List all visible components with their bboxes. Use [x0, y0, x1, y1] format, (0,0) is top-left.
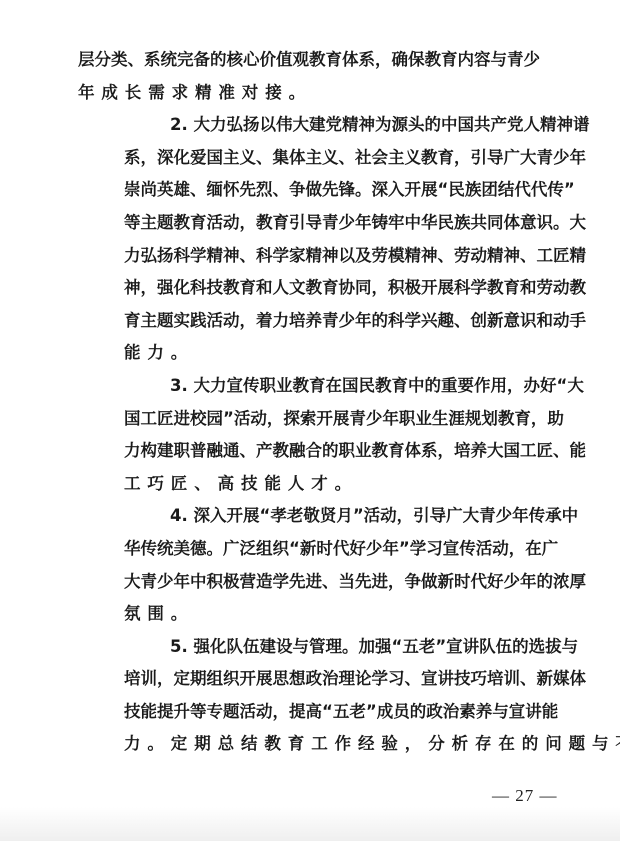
paragraph-continuation: 层分类、系统完备的核心价值观教育体系，确保教育内容与青少 年成长需求精准对接。	[78, 44, 574, 109]
text-line: 年成长需求精准对接。	[78, 77, 574, 110]
text-line: 工巧匠、高技能人才。	[78, 468, 574, 501]
text-line: 技能提升等专题活动，提高“五老”成员的政治素养与宣讲能	[78, 696, 574, 729]
text-line: 系，深化爱国主义、集体主义、社会主义教育，引导广大青少年	[78, 142, 574, 175]
text-line: 2. 大力弘扬以伟大建党精神为源头的中国共产党人精神谱	[78, 109, 574, 142]
text-line: 培训，定期组织开展思想政治理论学习、宣讲技巧培训、新媒体	[78, 663, 574, 696]
text-line: 大青少年中积极营造学先进、当先进，争做新时代好少年的浓厚	[78, 566, 574, 599]
paragraph-item-4: 4. 深入开展“孝老敬贤月”活动，引导广大青少年传承中 华传统美德。广泛组织“新…	[78, 500, 574, 630]
document-body: 层分类、系统完备的核心价值观教育体系，确保教育内容与青少 年成长需求精准对接。 …	[78, 44, 574, 761]
text-line: 国工匠进校园”活动，探索开展青少年职业生涯规划教育，助	[78, 403, 574, 436]
paragraph-item-3: 3. 大力宣传职业教育在国民教育中的重要作用，办好“大 国工匠进校园”活动，探索…	[78, 370, 574, 500]
page-bottom-shadow	[0, 807, 620, 841]
page-number: — 27 —	[492, 786, 558, 806]
text-line: 神，强化科技教育和人文教育协同，积极开展科学教育和劳动教	[78, 272, 574, 305]
text-line: 3. 大力宣传职业教育在国民教育中的重要作用，办好“大	[78, 370, 574, 403]
text-line: 能力。	[78, 337, 574, 370]
text-line: 力。定期总结教育工作经验，分析存在的问题与不足，及时调整	[78, 728, 574, 761]
text-line: 等主题教育活动，教育引导青少年铸牢中华民族共同体意识。大	[78, 207, 574, 240]
text-line: 崇尚英雄、缅怀先烈、争做先锋。深入开展“民族团结代代传”	[78, 174, 574, 207]
text-line: 5. 强化队伍建设与管理。加强“五老”宣讲队伍的选拔与	[78, 631, 574, 664]
paragraph-item-2: 2. 大力弘扬以伟大建党精神为源头的中国共产党人精神谱 系，深化爱国主义、集体主…	[78, 109, 574, 370]
text-line: 氛围。	[78, 598, 574, 631]
text-line: 力弘扬科学精神、科学家精神以及劳模精神、劳动精神、工匠精	[78, 240, 574, 273]
text-line: 层分类、系统完备的核心价值观教育体系，确保教育内容与青少	[78, 44, 574, 77]
text-line: 力构建职普融通、产教融合的职业教育体系，培养大国工匠、能	[78, 435, 574, 468]
text-line: 育主题实践活动，着力培养青少年的科学兴趣、创新意识和动手	[78, 305, 574, 338]
text-line: 4. 深入开展“孝老敬贤月”活动，引导广大青少年传承中	[78, 500, 574, 533]
text-line: 华传统美德。广泛组织“新时代好少年”学习宣传活动，在广	[78, 533, 574, 566]
paragraph-item-5: 5. 强化队伍建设与管理。加强“五老”宣讲队伍的选拔与 培训，定期组织开展思想政…	[78, 631, 574, 761]
